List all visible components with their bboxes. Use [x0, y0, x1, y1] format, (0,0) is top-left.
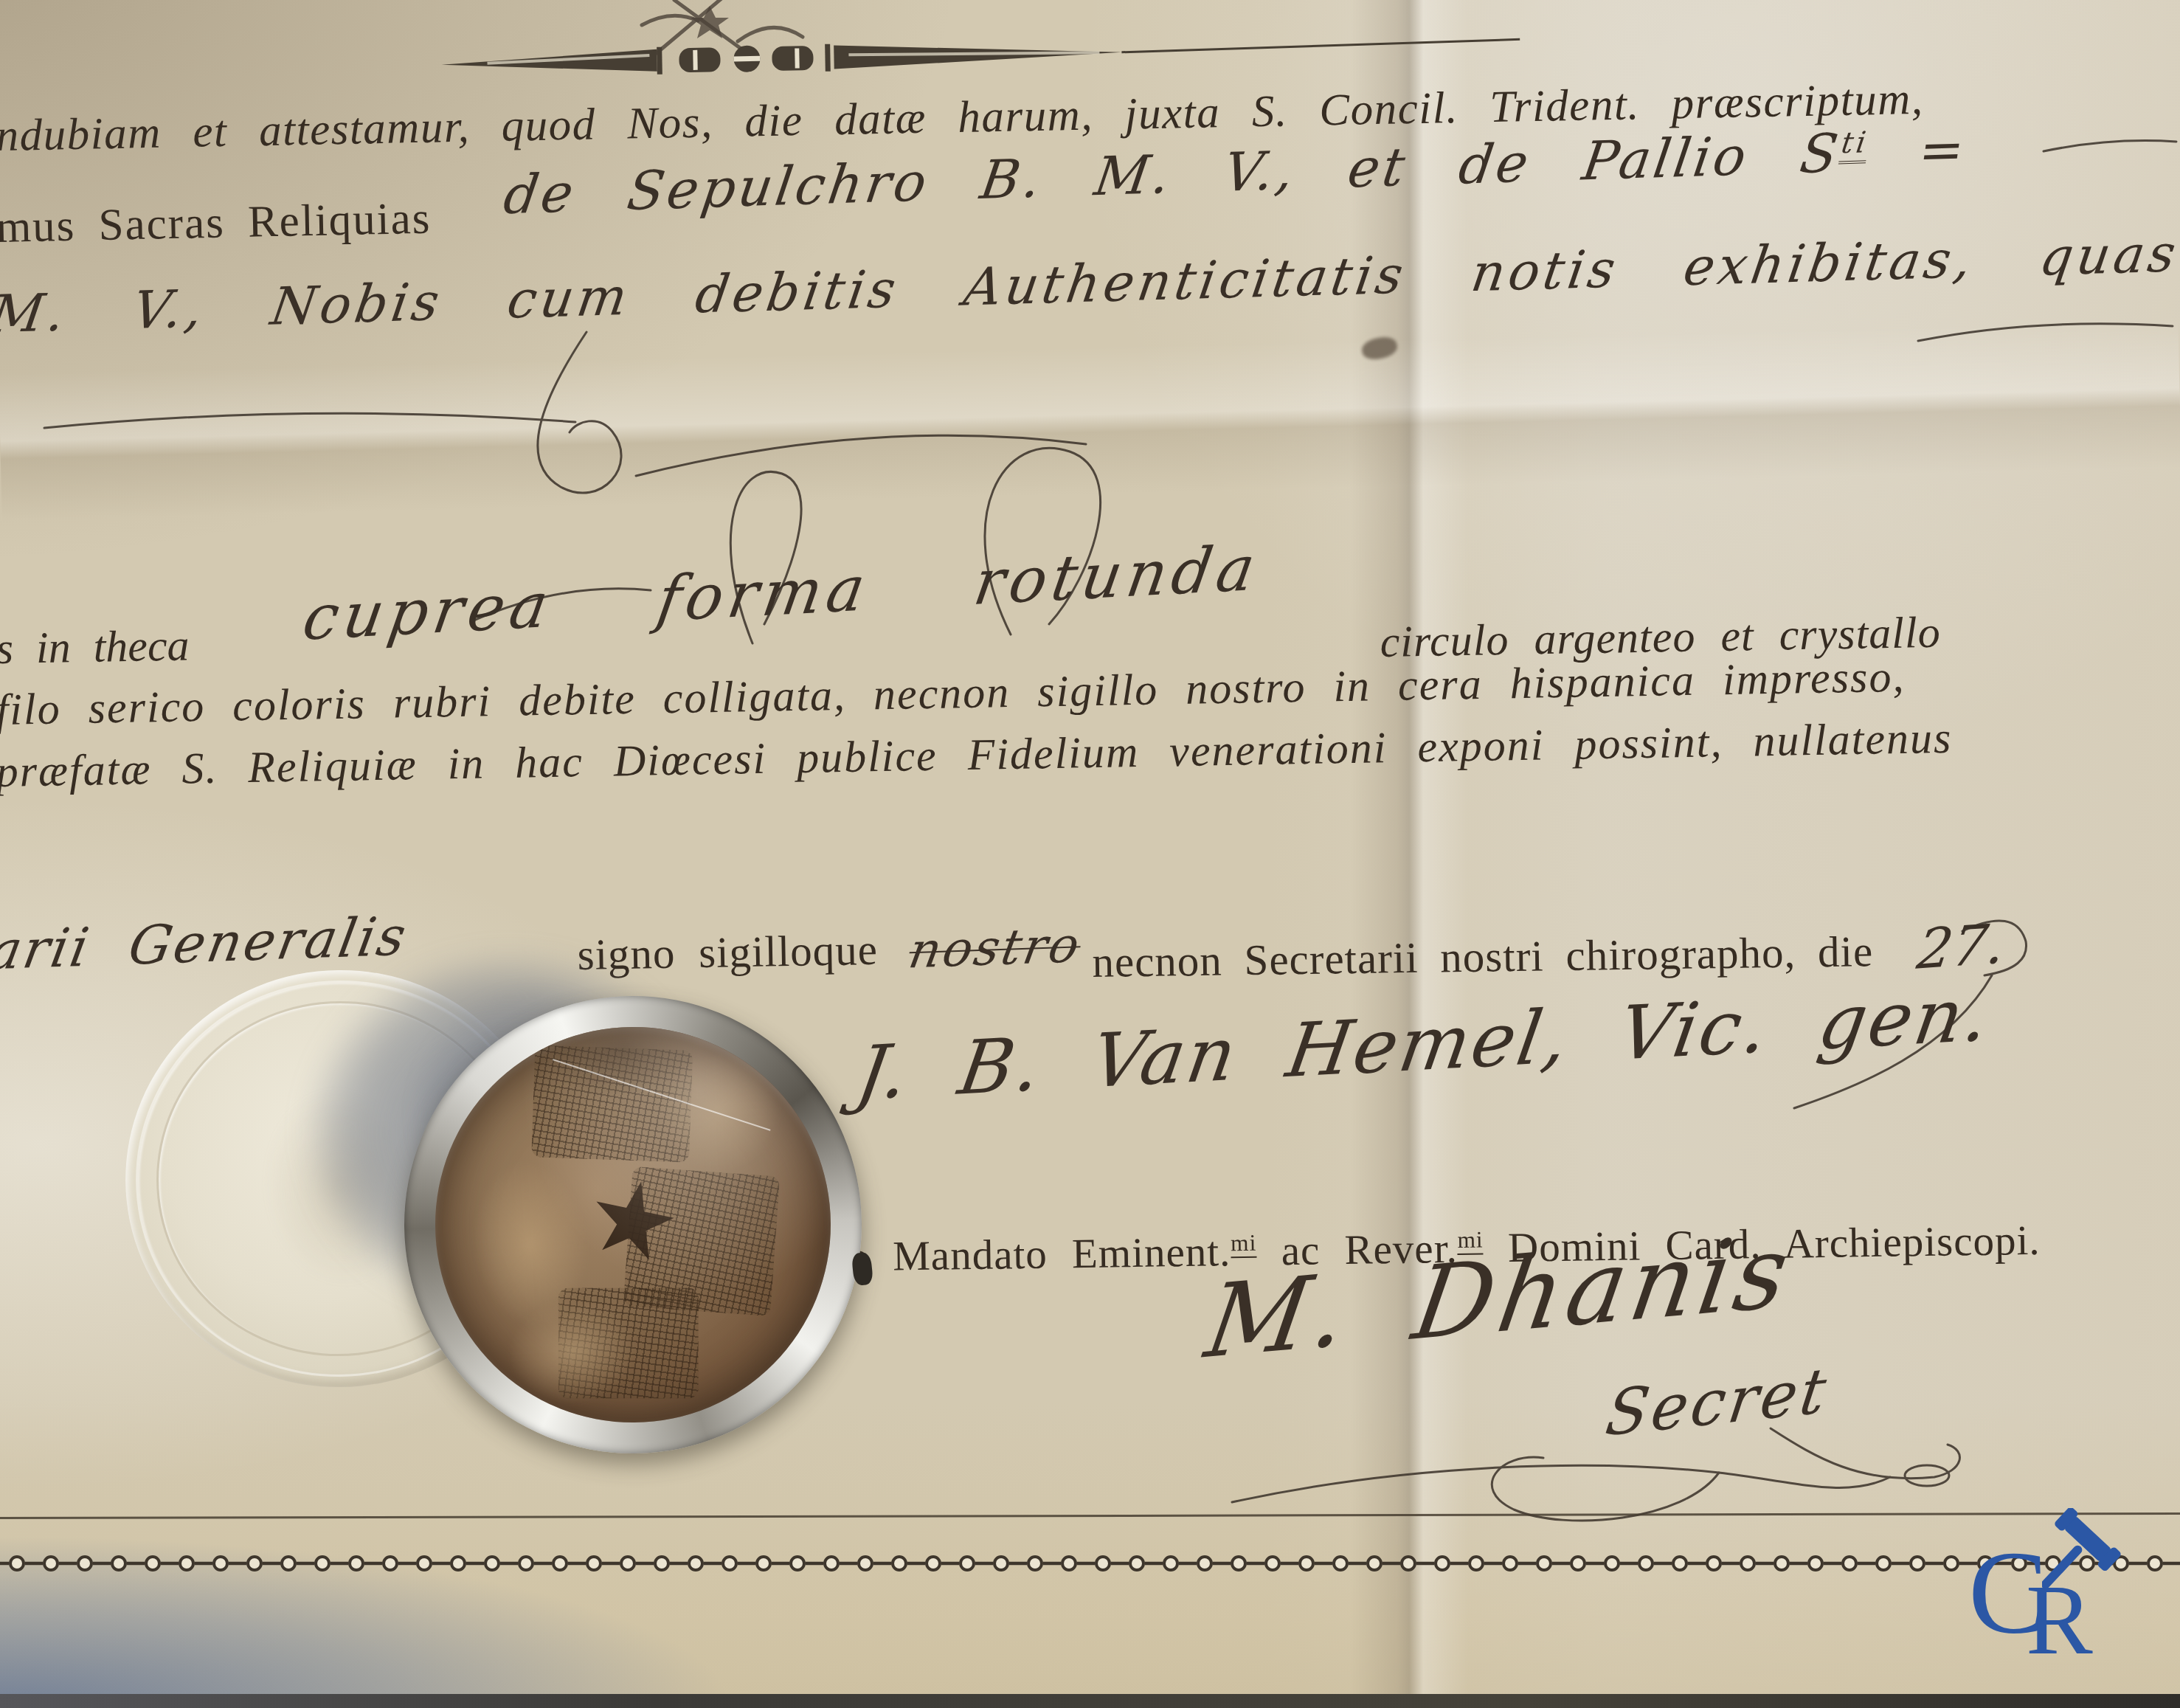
paper-shading-bottomwarm: [0, 1402, 2180, 1708]
ornamental-divider: [435, 22, 1528, 87]
signature-vicar-general: J. B. Van Hemel, Vic. gen.: [851, 971, 1997, 1118]
printed-line-4-left: s in theca: [0, 620, 190, 674]
beaded-chain-border: [0, 1551, 2180, 1576]
handwritten-line-2-tail: =: [1863, 118, 1971, 184]
secretary-title: Secret: [1602, 1353, 1833, 1451]
mandato-pre: De Mandato Eminent.: [817, 1228, 1231, 1281]
cr-watermark-logo: C R: [1955, 1512, 2176, 1704]
handwritten-line-4: cuprea forma rotunda: [298, 531, 1264, 654]
handwritten-line-7-left: arii Generalis: [0, 905, 412, 981]
bottom-rule-line: [0, 1512, 2180, 1519]
table-edge: [0, 1694, 2180, 1708]
reliquary-theca: [381, 973, 884, 1476]
paper-shadow-bottomleft-blue: [0, 1535, 738, 1708]
fold-notch: [1360, 334, 1399, 362]
glass-sheen: [415, 1007, 850, 1442]
printed-line-2: mus Sacras Reliquias: [0, 193, 432, 254]
handwritten-line-7-nostro: nostro: [904, 916, 1085, 980]
horizontal-fold-crease: [0, 320, 2180, 521]
seal-crest-relief: [253, 1079, 427, 1295]
printed-line-7-necnon: necnon Secretarii nostri chirographo, di…: [1092, 926, 1874, 988]
printed-line-7-signo: signo sigilloque: [577, 924, 878, 981]
theca-glass: [415, 1007, 850, 1442]
crest-emblem-icon: [627, 0, 819, 58]
mandato-superscript-1: mi: [1231, 1230, 1257, 1258]
logo-letter-r: R: [2026, 1570, 2093, 1670]
photographed-document: ndubiam et attestamur, quod Nos, die dat…: [0, 0, 2180, 1708]
